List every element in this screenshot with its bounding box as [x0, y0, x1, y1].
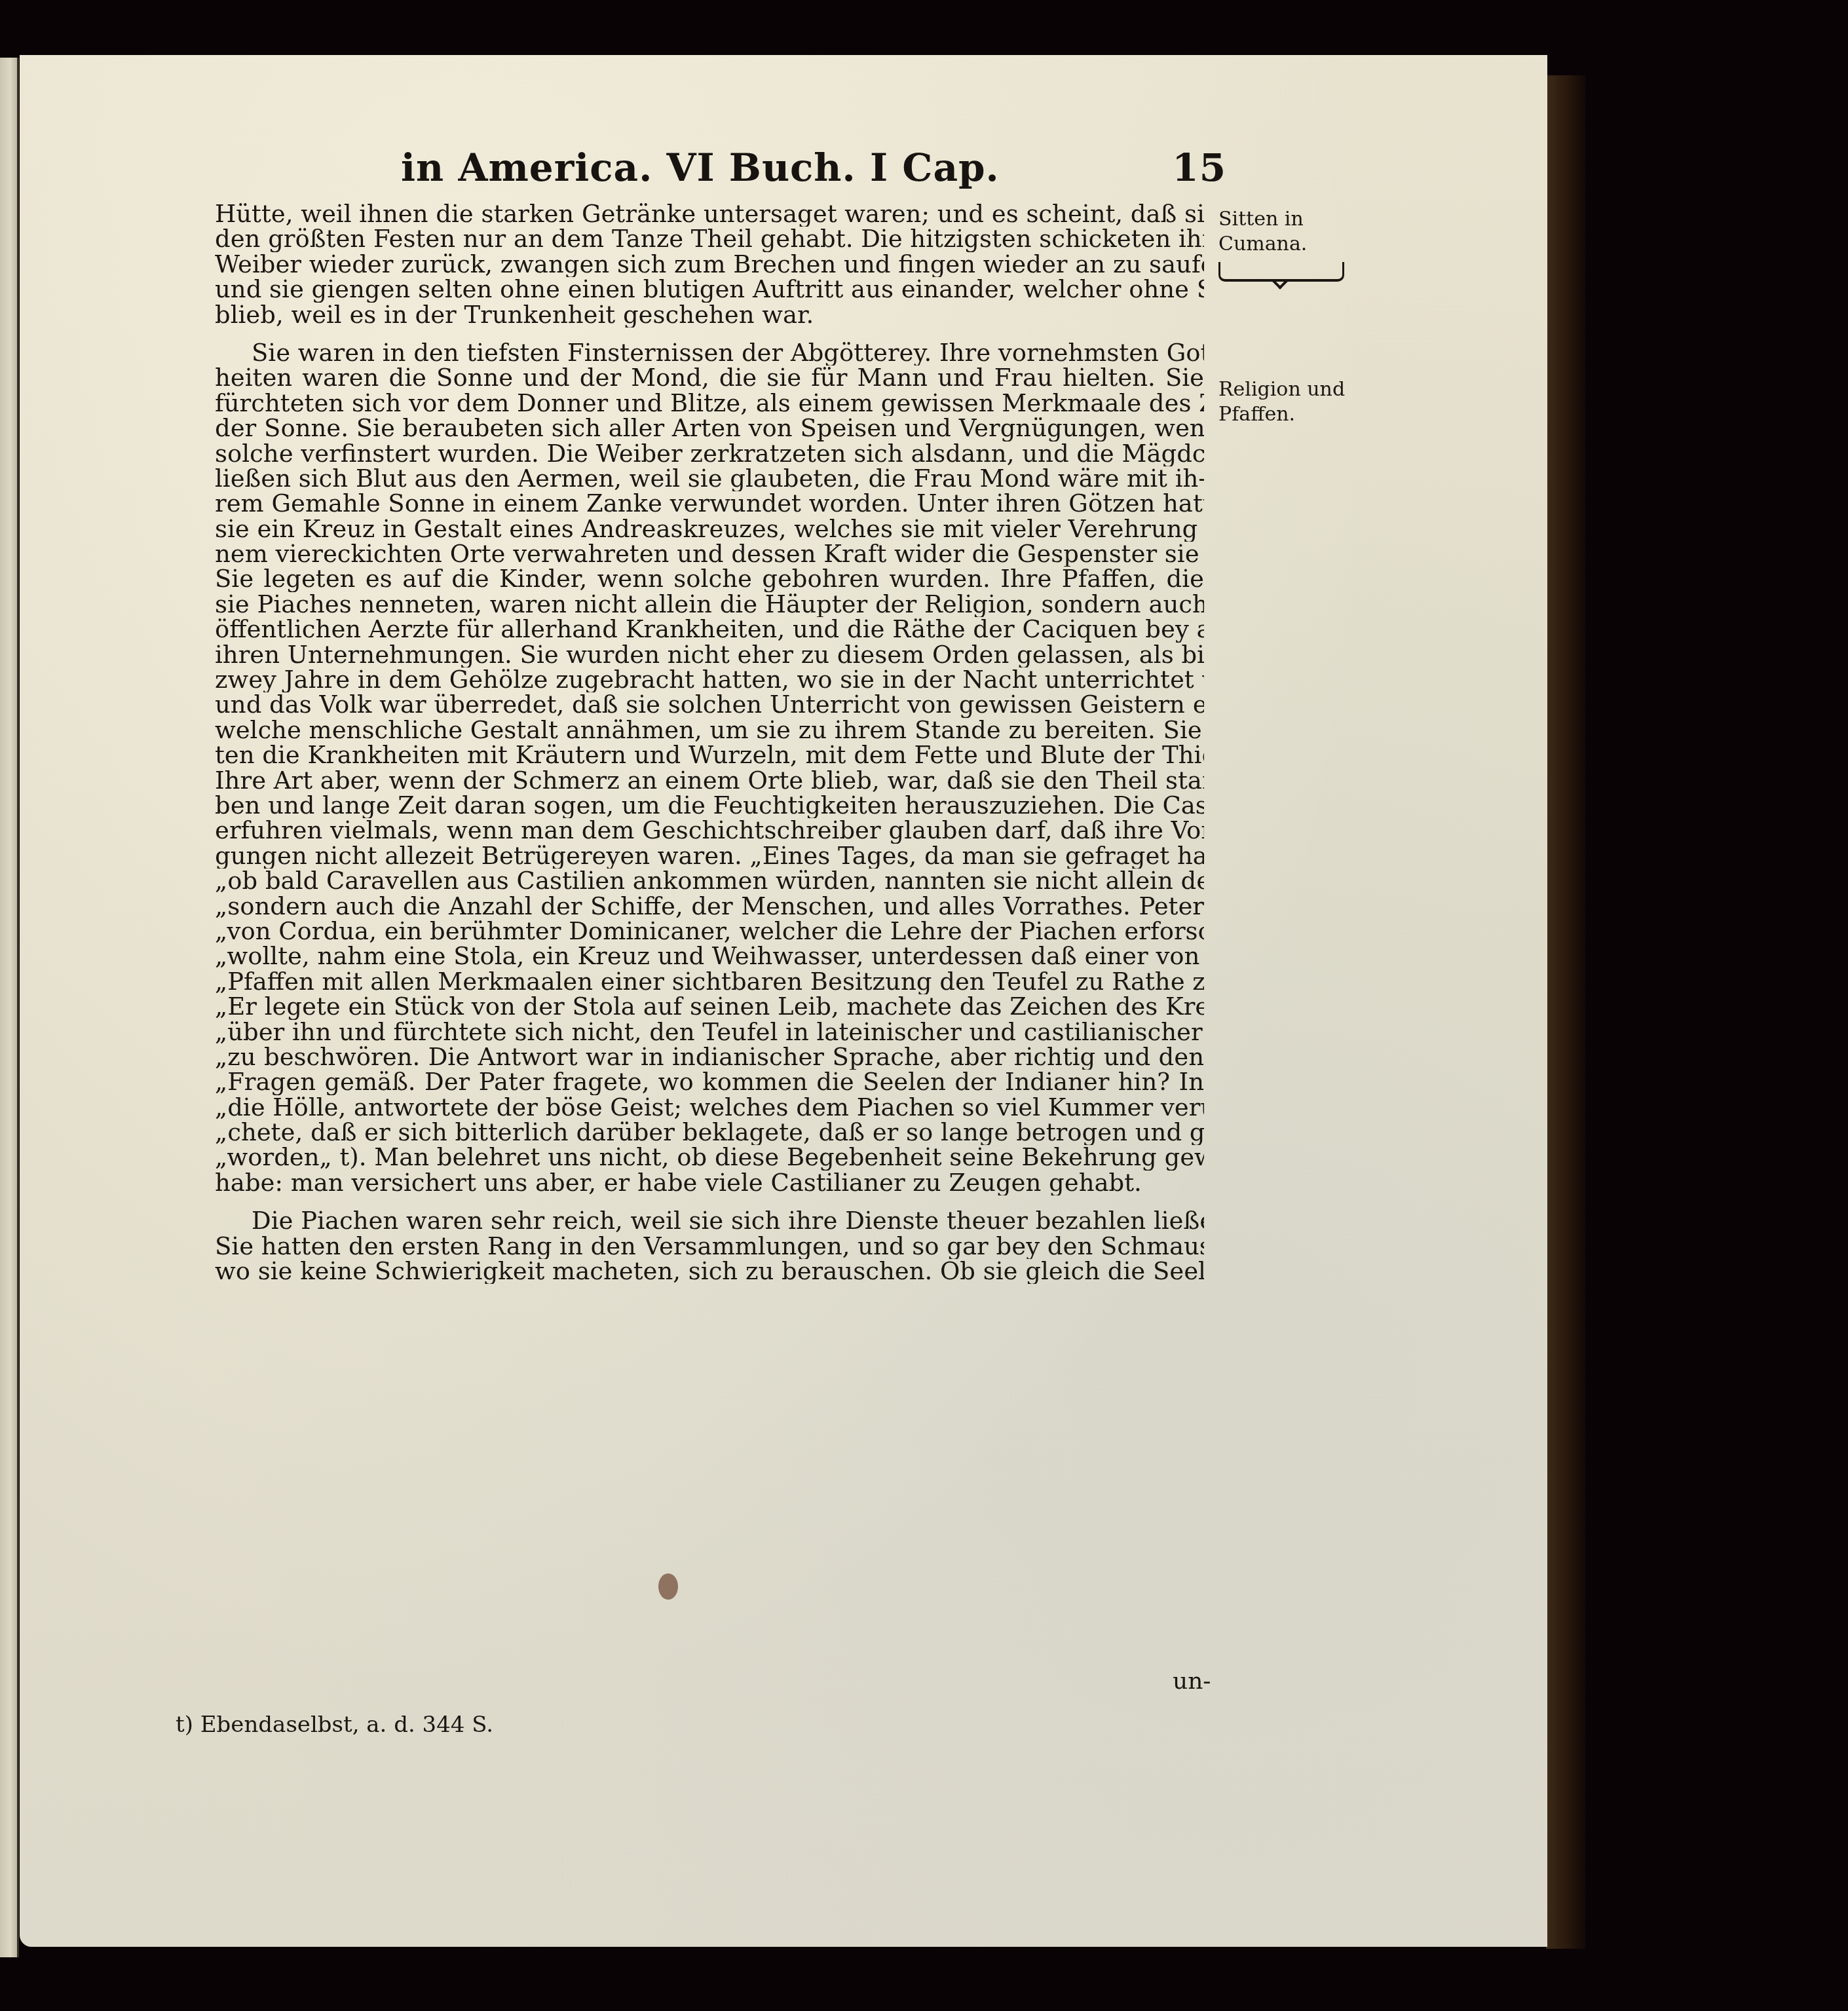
text-line: „von Cordua, ein berühmter Dominicaner, … [215, 919, 1204, 944]
text-line: ben und lange Zeit daran sogen, um die F… [215, 793, 1204, 818]
book-cover-edge [1546, 75, 1585, 1949]
text-line: „die Hölle, antwortete der böse Geist; w… [215, 1095, 1204, 1120]
brace-icon [1218, 262, 1344, 282]
text-line: „worden„ t). Man belehret uns nicht, ob … [215, 1145, 1204, 1170]
text-line: Hütte, weil ihnen die starken Getränke u… [215, 202, 1204, 227]
text-line: Sie legeten es auf die Kinder, wenn solc… [215, 567, 1204, 592]
paragraph-gap [215, 1195, 1204, 1209]
text-line: „Fragen gemäß. Der Pater fragete, wo kom… [215, 1070, 1204, 1095]
text-line: welche menschliche Gestalt annähmen, um … [215, 718, 1204, 743]
text-line: sie Piaches nenneten, waren nicht allein… [215, 592, 1204, 617]
paper-stain [658, 1573, 678, 1600]
paragraph-2: Sie waren in den tiefsten Finsternissen … [215, 341, 1204, 1195]
text-line: wo sie keine Schwierigkeit macheten, sic… [215, 1259, 1204, 1284]
facing-page-edge [0, 58, 19, 1957]
text-line: „Er legete ein Stück von der Stola auf s… [215, 994, 1204, 1019]
text-line: den größten Festen nur an dem Tanze Thei… [215, 227, 1204, 252]
catchword: un- [1173, 1668, 1211, 1695]
text-line: Die Piachen waren sehr reich, weil sie s… [215, 1209, 1204, 1233]
text-line: ihren Unternehmungen. Sie wurden nicht e… [215, 643, 1204, 667]
paragraph-1: Hütte, weil ihnen die starken Getränke u… [215, 202, 1204, 328]
text-line: zwey Jahre in dem Gehölze zugebracht hat… [215, 667, 1204, 692]
text-line: habe: man versichert uns aber, er habe v… [215, 1171, 1204, 1195]
text-line: ten die Krankheiten mit Kräutern und Wur… [215, 743, 1204, 768]
footnote-marker: t) [176, 1712, 193, 1738]
footnote: t) Ebendaselbst, a. d. 344 S. [176, 1712, 493, 1738]
paragraph-3: Die Piachen waren sehr reich, weil sie s… [215, 1209, 1204, 1284]
text-line: solche verfinstert wurden. Die Weiber ze… [215, 442, 1204, 466]
marginal-note-sitten: Sitten in Cumana. [1218, 207, 1307, 257]
text-line: Sie hatten den ersten Rang in den Versam… [215, 1234, 1204, 1259]
text-line: rem Gemahle Sonne in einem Zanke verwund… [215, 491, 1204, 516]
text-line: öffentlichen Aerzte für allerhand Krankh… [215, 617, 1204, 642]
text-line: erfuhren vielmals, wenn man dem Geschich… [215, 818, 1204, 843]
text-line: „Pfaffen mit allen Merkmaalen einer sich… [215, 969, 1204, 994]
text-line: der Sonne. Sie beraubeten sich aller Art… [215, 416, 1204, 441]
text-line: ließen sich Blut aus den Aermen, weil si… [215, 466, 1204, 491]
text-line: „ob bald Caravellen aus Castilien ankomm… [215, 869, 1204, 893]
text-line: „sondern auch die Anzahl der Schiffe, de… [215, 894, 1204, 919]
text-line: nem viereckichten Orte verwahreten und d… [215, 542, 1204, 567]
text-line: Weiber wieder zurück, zwangen sich zum B… [215, 252, 1204, 277]
main-text-column: Hütte, weil ihnen die starken Getränke u… [215, 202, 1204, 1284]
running-title: in America. VI Buch. I Cap. [401, 145, 1000, 190]
text-line: Sie waren in den tiefsten Finsternissen … [215, 341, 1204, 366]
text-line: gungen nicht allezeit Betrügereyen waren… [215, 844, 1204, 869]
text-line: heiten waren die Sonne und der Mond, die… [215, 366, 1204, 390]
text-line: „über ihn und fürchtete sich nicht, den … [215, 1020, 1204, 1045]
footnote-text: Ebendaselbst, a. d. 344 S. [200, 1712, 493, 1738]
text-line: und sie giengen selten ohne einen blutig… [215, 277, 1204, 302]
marginal-note-religion: Religion und Pfaffen. [1218, 377, 1345, 427]
text-line: „zu beschwören. Die Antwort war in india… [215, 1045, 1204, 1070]
text-line: „wollte, nahm eine Stola, ein Kreuz und … [215, 944, 1204, 969]
text-line: blieb, weil es in der Trunkenheit gesche… [215, 303, 1204, 328]
text-line: und das Volk war überredet, daß sie solc… [215, 692, 1204, 717]
paragraph-gap [215, 328, 1204, 341]
text-line: Ihre Art aber, wenn der Schmerz an einem… [215, 768, 1204, 793]
text-line: fürchteten sich vor dem Donner und Blitz… [215, 391, 1204, 416]
page-number: 15 [1172, 145, 1226, 190]
text-line: sie ein Kreuz in Gestalt eines Andreaskr… [215, 517, 1204, 542]
running-header: in America. VI Buch. I Cap. 15 [401, 145, 1226, 204]
text-line: „chete, daß er sich bitterlich darüber b… [215, 1120, 1204, 1145]
